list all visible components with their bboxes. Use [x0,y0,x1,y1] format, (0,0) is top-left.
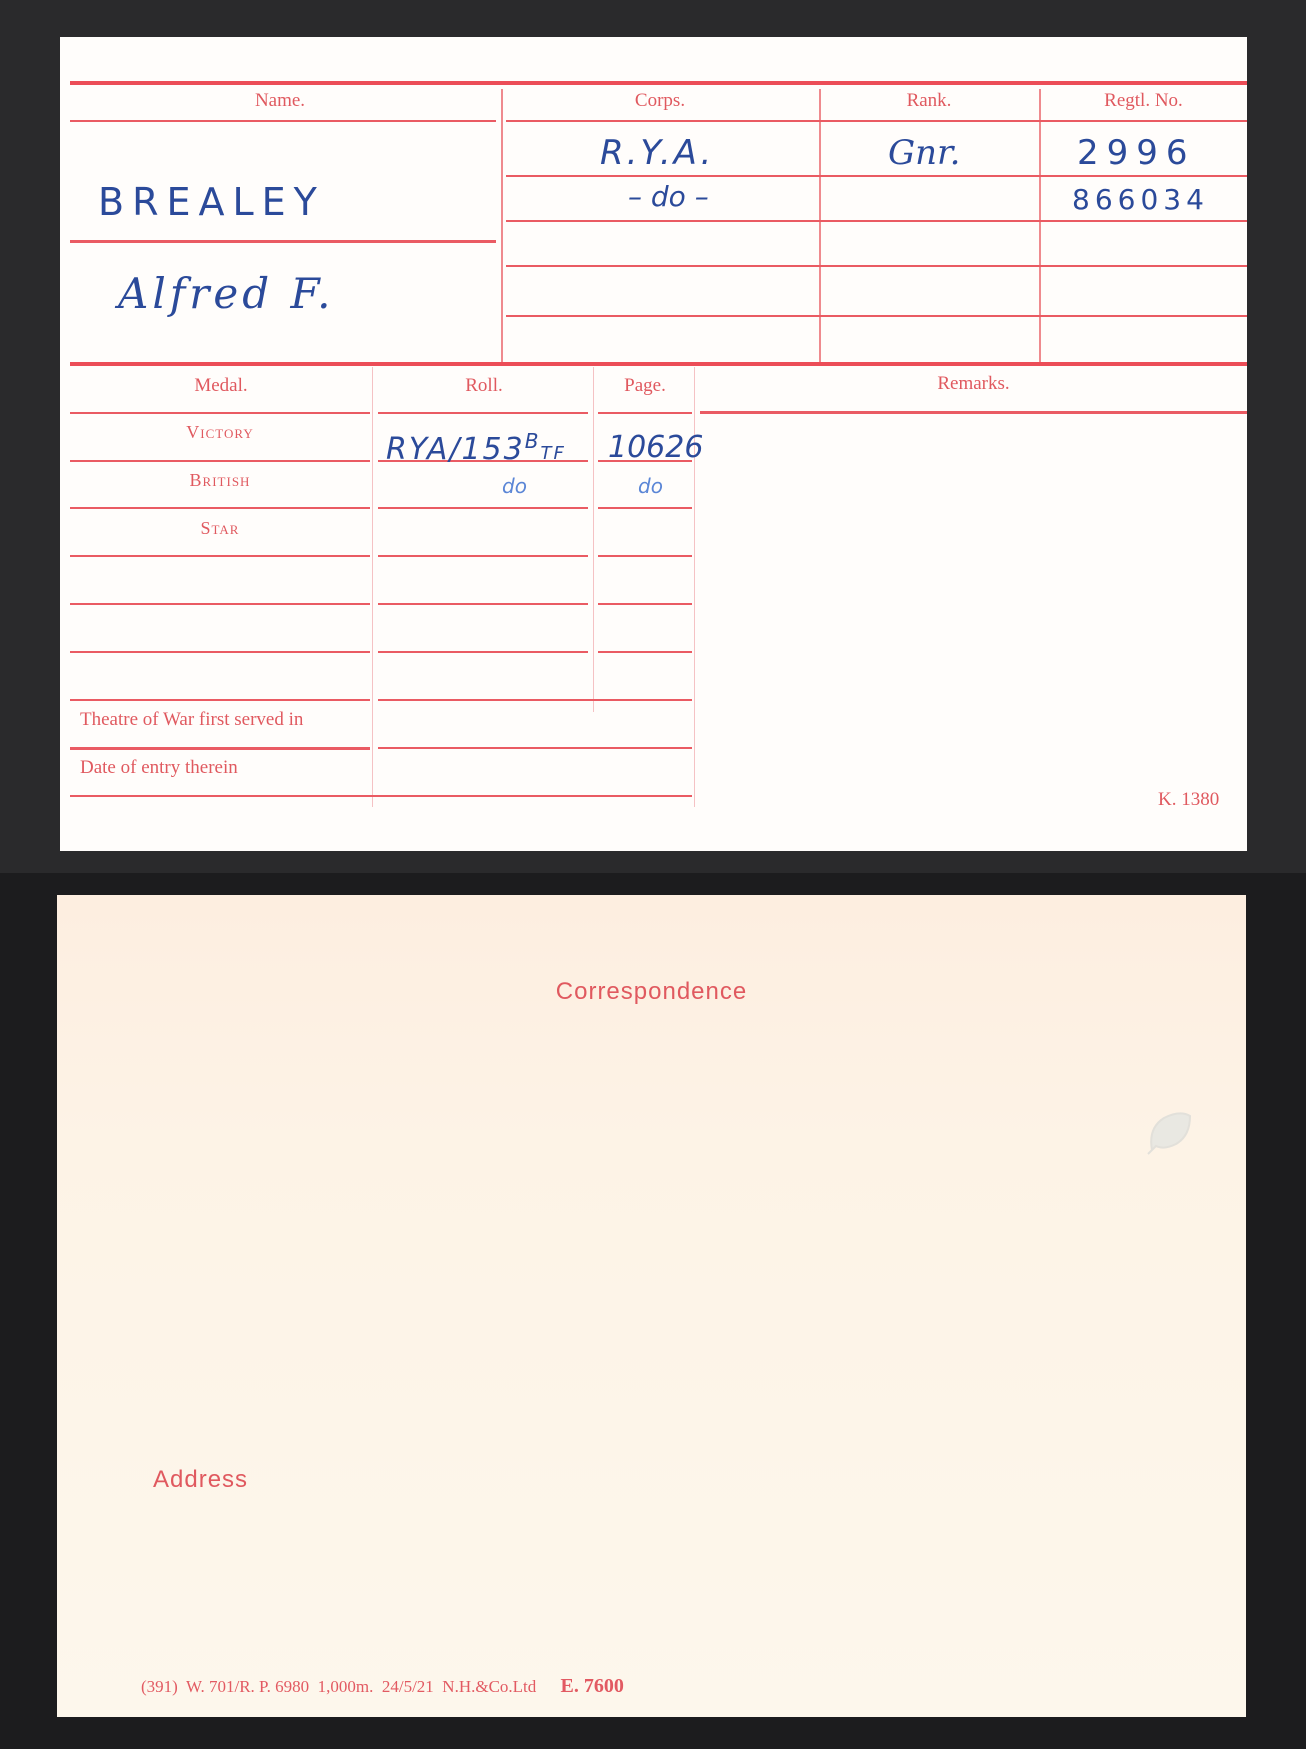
surname-entry: BREALEY [98,180,325,224]
rank-header: Rank. [820,90,1038,112]
correspondence-label: Correspondence [57,978,1246,1006]
medal-row-line [378,555,588,557]
medal-row-line [378,603,588,605]
british-roll-ditto: do [502,474,527,498]
regtl-no-header: Regtl. No. [1040,90,1247,112]
medal-victory-label: Victory [70,422,370,443]
medal-row-line [598,412,692,414]
divider-medal-roll [372,367,373,807]
medal-star-label: Star [70,518,370,539]
medal-row-line [378,412,588,414]
medal-row-line [378,651,588,653]
theatre-of-war-label: Theatre of War first served in [80,709,303,731]
printer-imprint: (391) W. 701/R. P. 6980 1,000m. 24/5/21 … [141,1675,624,1698]
roll-header: Roll. [375,375,593,397]
medal-row-line [70,747,370,750]
detail-row-line [506,315,1247,317]
medal-row-line [70,795,692,797]
detail-row-line [506,220,1247,222]
medal-row-line [598,555,692,557]
victory-page-entry: 10626 [608,430,703,465]
rank-entry: Gnr. [888,133,960,173]
medal-row-line [378,747,692,749]
imprint-text: (391) W. 701/R. P. 6980 1,000m. 24/5/21 … [141,1677,536,1696]
medal-index-card-front: Name. Corps. Rank. Regtl. No. BREALEY Al… [60,37,1247,851]
divider-corps-rank [819,89,821,363]
detail-row-line [506,120,1247,122]
medal-row-line [598,603,692,605]
medal-row-line [70,603,370,605]
medal-row-line [70,412,370,414]
corps-entry: R.Y.A. [600,133,714,173]
detail-row-line [506,175,1247,177]
detail-row-line [506,265,1247,267]
divider-name-corps [501,89,503,363]
imprint-code: E. 7600 [561,1675,624,1697]
medal-row-line [70,507,370,509]
date-of-entry-label: Date of entry therein [80,757,238,779]
medal-row-line [70,651,370,653]
medal-row-line [598,651,692,653]
medal-index-card-back: Correspondence Address (391) W. 701/R. P… [57,895,1246,1717]
divider-roll-page [593,367,594,712]
medal-header: Medal. [70,375,372,397]
medal-row-line [70,460,370,462]
remarks-rule [700,411,1247,414]
medal-row-line [598,507,692,509]
address-label: Address [153,1466,248,1494]
medal-row-line [378,507,588,509]
name-row-line [70,240,496,243]
victory-roll-entry: RYA/153BTF [386,429,566,467]
corps-entry-ditto: – do – [628,180,709,213]
leaf-watermark-icon [1142,1110,1194,1156]
medal-british-label: British [70,470,370,491]
medal-row-line [378,699,692,701]
remarks-header: Remarks. [700,373,1247,395]
medal-section-rule [70,362,1247,366]
medal-row-line [70,699,370,701]
british-page-ditto: do [638,474,663,498]
medal-row-line [70,555,370,557]
name-row-line [70,120,496,122]
corps-header: Corps. [502,90,818,112]
top-rule [70,81,1247,85]
name-header: Name. [70,90,490,112]
form-code: K. 1380 [1158,789,1219,811]
page-header: Page. [595,375,695,397]
forenames-entry: Alfred F. [118,269,334,318]
regtl-no-entry-new: 866034 [1072,183,1209,216]
divider-rank-regtl [1039,89,1041,363]
regtl-no-entry: 2996 [1077,133,1196,173]
